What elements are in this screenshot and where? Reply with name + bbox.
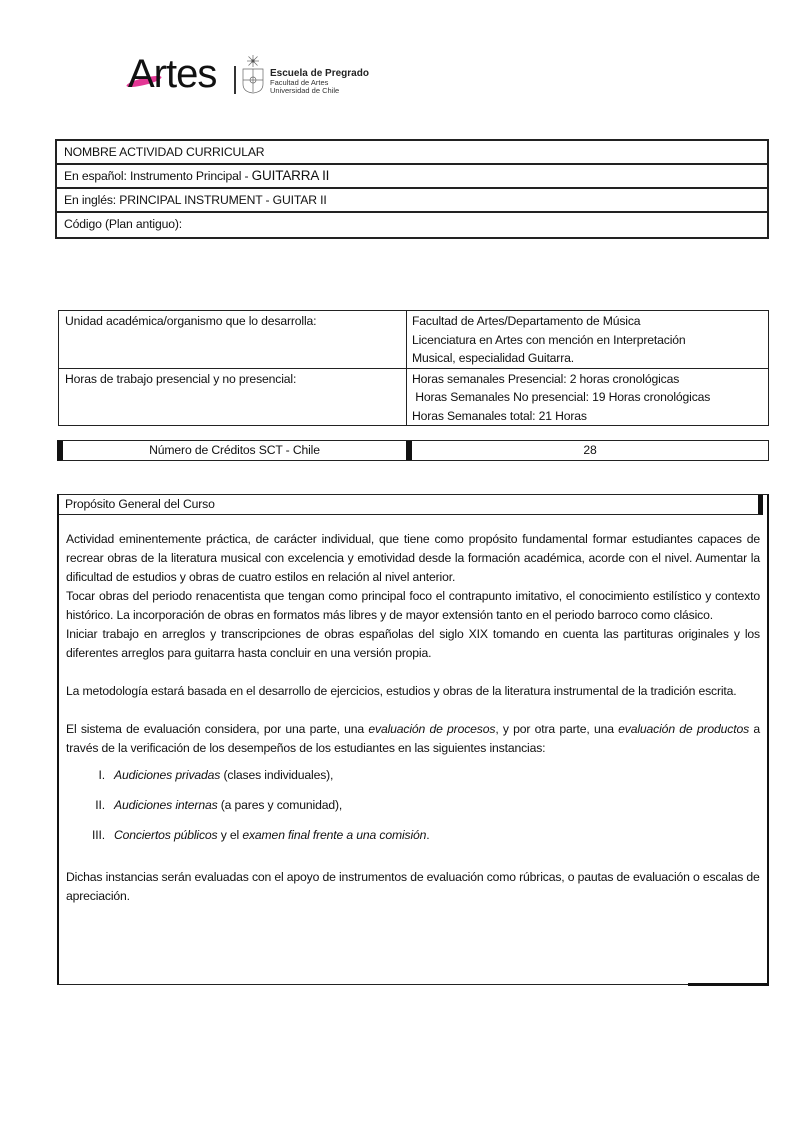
instance-text: y el (218, 828, 243, 842)
course-name-spanish: En español: Instrumento Principal - GUIT… (57, 165, 767, 189)
hours-row: Horas de trabajo presencial y no presenc… (59, 369, 768, 426)
logo-subtitle-university: Universidad de Chile (270, 87, 369, 95)
hours-label: Horas de trabajo presencial y no presenc… (65, 370, 406, 389)
hours-value-line: Horas Semanales total: 21 Horas (412, 407, 768, 426)
evaluation-emphasis: evaluación de procesos (368, 722, 495, 736)
instance-text: (a pares y comunidad), (218, 798, 343, 812)
unit-label: Unidad académica/organismo que lo desarr… (65, 312, 406, 331)
artes-logo: Artes Escuela de Pregrado Facultad de Ar… (128, 52, 388, 102)
logo-text: Escuela de Pregrado Facultad de Artes Un… (270, 68, 369, 95)
list-number: I. (66, 766, 114, 796)
closing-paragraph: Dichas instancias serán evaluadas con el… (66, 868, 760, 906)
details-table: Unidad académica/organismo que lo desarr… (58, 310, 769, 426)
hours-value-line: Horas semanales Presencial: 2 horas cron… (412, 370, 768, 389)
hours-value-line: Horas Semanales No presencial: 19 Horas … (412, 388, 768, 407)
unit-value-line: Licenciatura en Artes con mención en Int… (412, 331, 768, 350)
unit-label-cell: Unidad académica/organismo que lo desarr… (59, 311, 407, 368)
list-number: II. (66, 796, 114, 826)
evaluation-emphasis: evaluación de productos (618, 722, 749, 736)
hours-value-cell: Horas semanales Presencial: 2 horas cron… (407, 369, 768, 426)
purpose-section: Propósito General del Curso Actividad em… (57, 494, 769, 985)
logo-wordmark: Artes (128, 52, 216, 96)
list-item: III. Conciertos públicos y el examen fin… (66, 826, 760, 856)
credits-value: 28 (412, 441, 768, 460)
credits-table: Número de Créditos SCT - Chile 28 (57, 440, 769, 461)
spanish-label: En español: Instrumento Principal - (64, 169, 252, 183)
instance-emphasis: Audiciones internas (114, 798, 218, 812)
purpose-paragraph: Iniciar trabajo en arreglos y transcripc… (66, 625, 760, 663)
instance-emphasis: Audiciones privadas (114, 768, 220, 782)
instance-text: (clases individuales), (220, 768, 333, 782)
instance-text: . (426, 828, 429, 842)
unit-value-line: Facultad de Artes/Departamento de Música (412, 312, 768, 331)
unit-row: Unidad académica/organismo que lo desarr… (59, 311, 768, 369)
list-item: I. Audiciones privadas (clases individua… (66, 766, 760, 796)
purpose-paragraph: Actividad eminentemente práctica, de car… (66, 530, 760, 587)
evaluation-instances-list: I. Audiciones privadas (clases individua… (66, 766, 760, 856)
course-name-table: NOMBRE ACTIVIDAD CURRICULAR En español: … (55, 139, 769, 239)
credits-label: Número de Créditos SCT - Chile (63, 441, 412, 460)
logo-divider (234, 66, 236, 94)
list-number: III. (66, 826, 114, 856)
university-crest-icon (240, 54, 266, 94)
purpose-heading: Propósito General del Curso (59, 495, 763, 515)
purpose-paragraph: Tocar obras del periodo renacentista que… (66, 587, 760, 625)
evaluation-paragraph: El sistema de evaluación considera, por … (66, 720, 760, 758)
evaluation-text: El sistema de evaluación considera, por … (66, 722, 368, 736)
methodology-paragraph: La metodología estará basada en el desar… (66, 682, 760, 701)
course-name-heading: NOMBRE ACTIVIDAD CURRICULAR (57, 141, 767, 165)
list-item: II. Audiciones internas (a pares y comun… (66, 796, 760, 826)
purpose-body: Actividad eminentemente práctica, de car… (59, 515, 767, 906)
unit-value-cell: Facultad de Artes/Departamento de Música… (407, 311, 768, 368)
instance-emphasis: Conciertos públicos (114, 828, 218, 842)
instance-emphasis: examen final frente a una comisión (242, 828, 426, 842)
hours-label-cell: Horas de trabajo presencial y no presenc… (59, 369, 407, 426)
unit-value-line: Musical, especialidad Guitarra. (412, 349, 768, 368)
evaluation-text: , y por otra parte, una (495, 722, 618, 736)
spanish-value: GUITARRA II (252, 168, 330, 183)
course-name-english: En inglés: PRINCIPAL INSTRUMENT - GUITAR… (57, 189, 767, 213)
course-code: Código (Plan antiguo): (57, 213, 767, 237)
border-accent (688, 983, 769, 986)
